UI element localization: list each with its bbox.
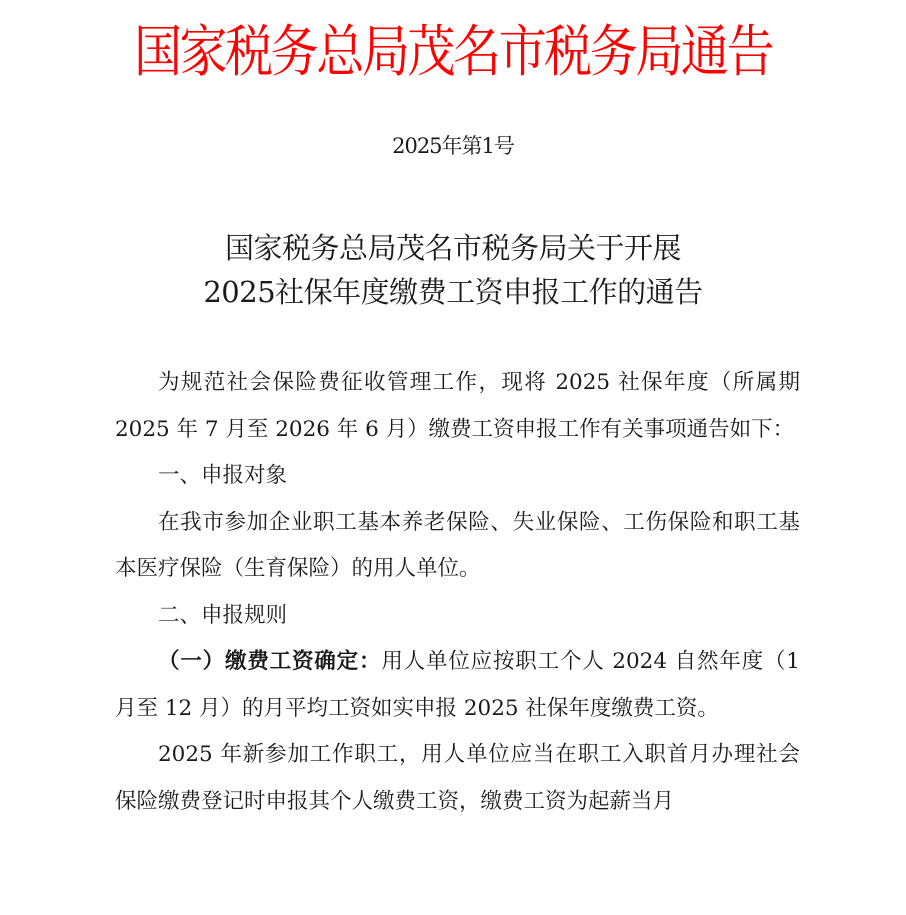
section-heading-rules: 二、申报规则 [115, 593, 800, 640]
section-heading-targets: 一、申报对象 [115, 453, 800, 500]
document-title-line-2: 2025社保年度缴费工资申报工作的通告 [0, 270, 906, 314]
document-body: 为规范社会保险费征收管理工作，现将 2025 社保年度（所属期 2025 年 7… [115, 360, 800, 825]
notice-header-title: 国家税务总局茂名市税务局通告 [63, 18, 842, 88]
new-employee-paragraph: 2025 年新参加工作职工，用人单位应当在职工入职首月办理社会保险缴费登记时申报… [115, 732, 800, 825]
document-title: 国家税务总局茂名市税务局关于开展 2025社保年度缴费工资申报工作的通告 [0, 226, 906, 314]
document-number: 2025年第1号 [0, 132, 906, 160]
document-title-line-1: 国家税务总局茂名市税务局关于开展 [0, 226, 906, 270]
rule-item-1-lead: （一）缴费工资确定： [158, 649, 381, 674]
section-targets-paragraph: 在我市参加企业职工基本养老保险、失业保险、工伤保险和职工基本医疗保险（生育保险）… [115, 500, 800, 593]
rule-item-1-paragraph: （一）缴费工资确定：用人单位应按职工个人 2024 自然年度（1 月至 12 月… [115, 639, 800, 732]
intro-paragraph: 为规范社会保险费征收管理工作，现将 2025 社保年度（所属期 2025 年 7… [115, 360, 800, 453]
